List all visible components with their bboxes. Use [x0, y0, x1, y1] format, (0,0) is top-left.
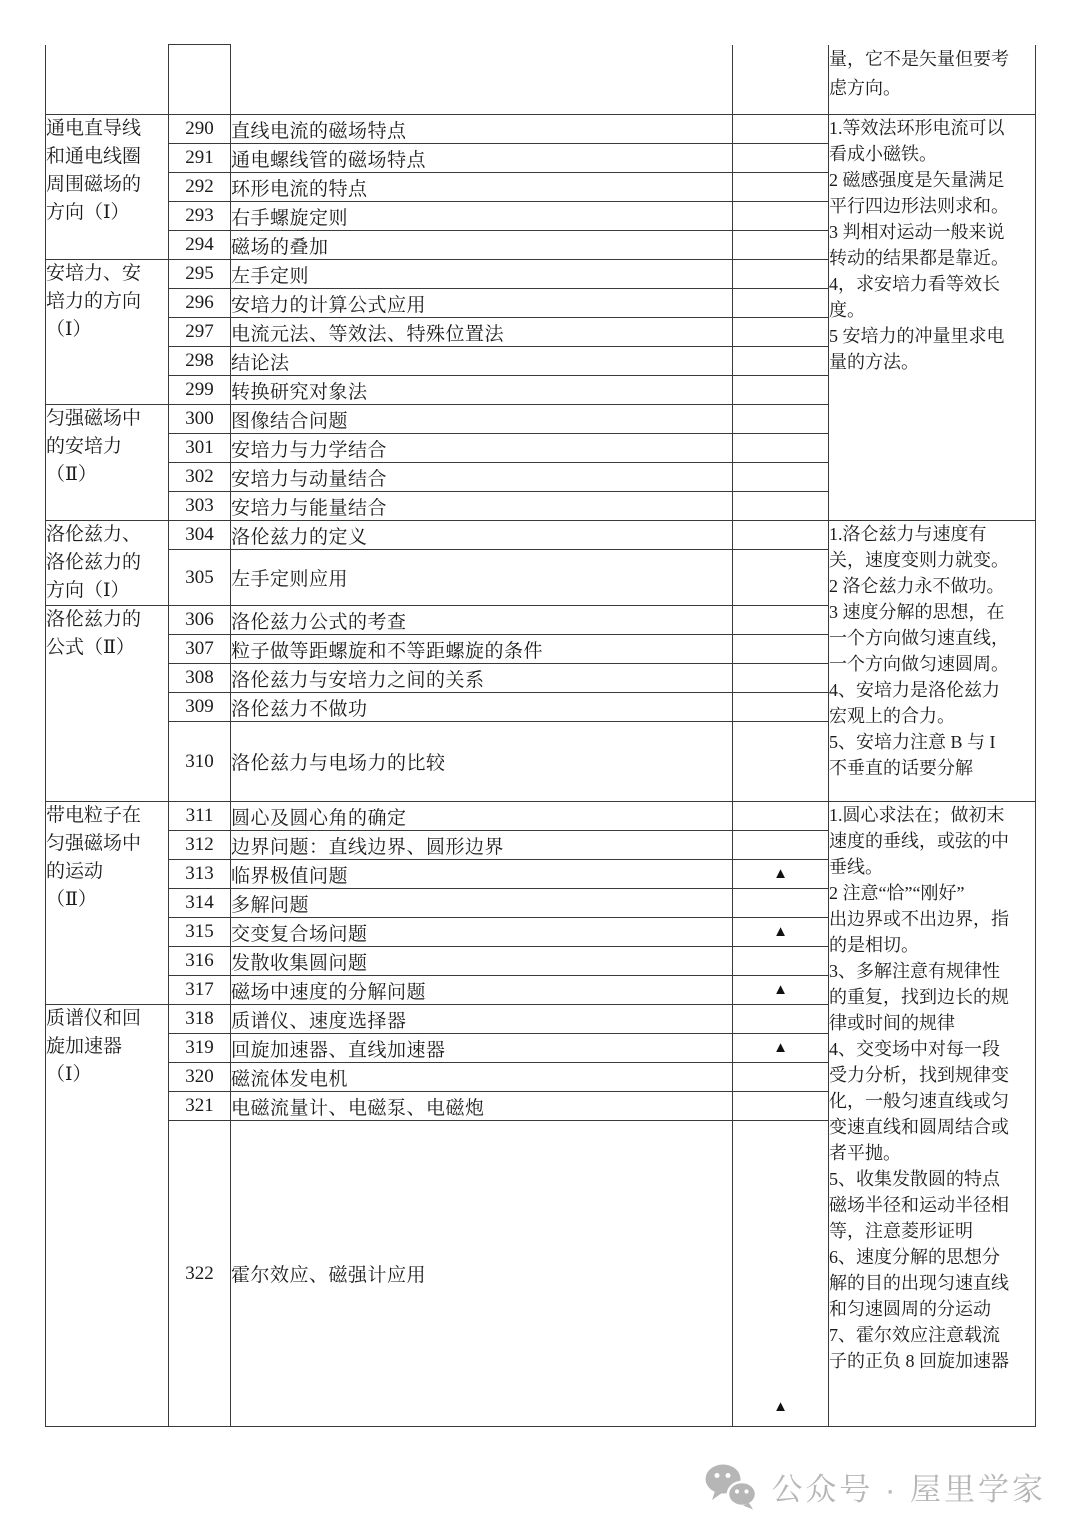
- category-cell: 带电粒子在 匀强磁场中 的运动 （Ⅱ）: [46, 802, 169, 1005]
- row-description: 洛伦兹力的定义: [231, 521, 733, 550]
- row-description: 磁流体发电机: [231, 1063, 733, 1092]
- marker-cell: [733, 231, 829, 260]
- row-description: 电流元法、等效法、特殊位置法: [231, 318, 733, 347]
- row-number: 317: [169, 976, 231, 1005]
- triangle-icon: ▲: [773, 1399, 788, 1415]
- notes-cell: 1.圆心求法在；做初末 速度的垂线，或弦的中 垂线。 2 注意“恰”“刚好” 出…: [829, 802, 1036, 1427]
- row-description: 磁场的叠加: [231, 231, 733, 260]
- row-number: 300: [169, 405, 231, 434]
- row-description: 边界问题：直线边界、圆形边界: [231, 831, 733, 860]
- marker-cell: [733, 434, 829, 463]
- row-description: [231, 45, 733, 115]
- category-cell: 安培力、安 培力的方向 （Ⅰ）: [46, 260, 169, 405]
- row-description: 安培力的计算公式应用: [231, 289, 733, 318]
- row-number: 306: [169, 606, 231, 635]
- marker-cell: [733, 347, 829, 376]
- marker-cell: [733, 693, 829, 722]
- category-cell: 匀强磁场中 的安培力 （Ⅱ）: [46, 405, 169, 521]
- row-description: 结论法: [231, 347, 733, 376]
- row-description: 临界极值问题: [231, 860, 733, 889]
- row-number: 291: [169, 144, 231, 173]
- row-number: 294: [169, 231, 231, 260]
- marker-cell: [733, 889, 829, 918]
- row-description: 安培力与动量结合: [231, 463, 733, 492]
- category-cell: 质谱仪和回 旋加速器 （Ⅰ）: [46, 1005, 169, 1427]
- row-description: 左手定则: [231, 260, 733, 289]
- triangle-icon: ▲: [773, 866, 788, 882]
- footer-watermark: 公众号 · 屋里学家: [703, 1462, 1046, 1510]
- notes-cell: 1.洛仑兹力与速度有 关，速度变则力就变。 2 洛仑兹力永不做功。 3 速度分解…: [829, 521, 1036, 802]
- row-number: 316: [169, 947, 231, 976]
- marker-cell: [733, 831, 829, 860]
- row-number: 308: [169, 664, 231, 693]
- category-cell: 洛伦兹力、 洛伦兹力的 方向（Ⅰ）: [46, 521, 169, 606]
- marker-cell: [733, 318, 829, 347]
- row-description: 电磁流量计、电磁泵、电磁炮: [231, 1092, 733, 1121]
- row-number: 298: [169, 347, 231, 376]
- row-description: 质谱仪、速度选择器: [231, 1005, 733, 1034]
- category-cell: 洛伦兹力的 公式（Ⅱ）: [46, 606, 169, 802]
- row-description: 右手螺旋定则: [231, 202, 733, 231]
- row-number: 304: [169, 521, 231, 550]
- row-description: 安培力与力学结合: [231, 434, 733, 463]
- marker-cell: [733, 635, 829, 664]
- triangle-icon: ▲: [773, 924, 788, 940]
- row-number: 310: [169, 722, 231, 802]
- marker-cell: [733, 405, 829, 434]
- marker-cell: [733, 802, 829, 831]
- row-number: 320: [169, 1063, 231, 1092]
- row-description: 交变复合场问题: [231, 918, 733, 947]
- marker-cell: [733, 376, 829, 405]
- category-cell: [46, 45, 169, 115]
- marker-cell: ▲: [733, 860, 829, 889]
- marker-cell: [733, 1063, 829, 1092]
- row-number: 296: [169, 289, 231, 318]
- row-description: 环形电流的特点: [231, 173, 733, 202]
- row-number: 293: [169, 202, 231, 231]
- row-description: 洛伦兹力与电场力的比较: [231, 722, 733, 802]
- marker-cell: ▲: [733, 1121, 829, 1427]
- marker-cell: [733, 606, 829, 635]
- notes-cell: 量，它不是矢量但要考 虑方向。: [829, 45, 1036, 115]
- brand-text: 公众号 · 屋里学家: [771, 1464, 1046, 1509]
- category-cell: 通电直导线 和通电线圈 周围磁场的 方向（Ⅰ）: [46, 115, 169, 260]
- marker-cell: [733, 115, 829, 144]
- row-number: 301: [169, 434, 231, 463]
- row-description: 磁场中速度的分解问题: [231, 976, 733, 1005]
- marker-cell: [733, 492, 829, 521]
- row-description: 洛伦兹力不做功: [231, 693, 733, 722]
- marker-cell: [733, 289, 829, 318]
- row-description: 直线电流的磁场特点: [231, 115, 733, 144]
- row-number: 297: [169, 318, 231, 347]
- marker-cell: [733, 947, 829, 976]
- marker-cell: [733, 45, 829, 115]
- row-number: 311: [169, 802, 231, 831]
- marker-cell: [733, 463, 829, 492]
- triangle-icon: ▲: [773, 982, 788, 998]
- notes-cell: 1.等效法环形电流可以 看成小磁铁。 2 磁感强度是矢量满足 平行四边形法则求和…: [829, 115, 1036, 521]
- row-number: 292: [169, 173, 231, 202]
- row-number: 315: [169, 918, 231, 947]
- marker-cell: [733, 1005, 829, 1034]
- marker-cell: [733, 173, 829, 202]
- row-number: 303: [169, 492, 231, 521]
- row-number: 322: [169, 1121, 231, 1427]
- marker-cell: [733, 664, 829, 693]
- row-number: 321: [169, 1092, 231, 1121]
- row-description: 安培力与能量结合: [231, 492, 733, 521]
- row-description: 回旋加速器、直线加速器: [231, 1034, 733, 1063]
- row-number: 318: [169, 1005, 231, 1034]
- marker-cell: [733, 550, 829, 606]
- marker-cell: ▲: [733, 918, 829, 947]
- row-number: 299: [169, 376, 231, 405]
- row-description: 粒子做等距螺旋和不等距螺旋的条件: [231, 635, 733, 664]
- marker-cell: ▲: [733, 976, 829, 1005]
- knowledge-point-table: 量，它不是矢量但要考 虑方向。 通电直导线 和通电线圈 周围磁场的 方向（Ⅰ） …: [45, 44, 1036, 1427]
- row-description: 洛伦兹力公式的考查: [231, 606, 733, 635]
- row-description: 洛伦兹力与安培力之间的关系: [231, 664, 733, 693]
- row-description: 图像结合问题: [231, 405, 733, 434]
- row-number: 319: [169, 1034, 231, 1063]
- row-number: 290: [169, 115, 231, 144]
- triangle-icon: ▲: [773, 1040, 788, 1056]
- marker-cell: [733, 1092, 829, 1121]
- row-number: 314: [169, 889, 231, 918]
- row-description: 发散收集圆问题: [231, 947, 733, 976]
- marker-cell: ▲: [733, 1034, 829, 1063]
- marker-cell: [733, 521, 829, 550]
- wechat-icon: [703, 1462, 759, 1510]
- row-number: 312: [169, 831, 231, 860]
- row-description: 左手定则应用: [231, 550, 733, 606]
- row-description: 多解问题: [231, 889, 733, 918]
- row-description: 圆心及圆心角的确定: [231, 802, 733, 831]
- row-number: [169, 45, 231, 115]
- row-number: 313: [169, 860, 231, 889]
- row-number: 309: [169, 693, 231, 722]
- row-number: 295: [169, 260, 231, 289]
- marker-cell: [733, 260, 829, 289]
- row-description: 通电螺线管的磁场特点: [231, 144, 733, 173]
- row-description: 转换研究对象法: [231, 376, 733, 405]
- marker-cell: [733, 144, 829, 173]
- marker-cell: [733, 202, 829, 231]
- row-number: 305: [169, 550, 231, 606]
- marker-cell: [733, 722, 829, 802]
- row-number: 307: [169, 635, 231, 664]
- row-number: 302: [169, 463, 231, 492]
- row-description: 霍尔效应、磁强计应用: [231, 1121, 733, 1427]
